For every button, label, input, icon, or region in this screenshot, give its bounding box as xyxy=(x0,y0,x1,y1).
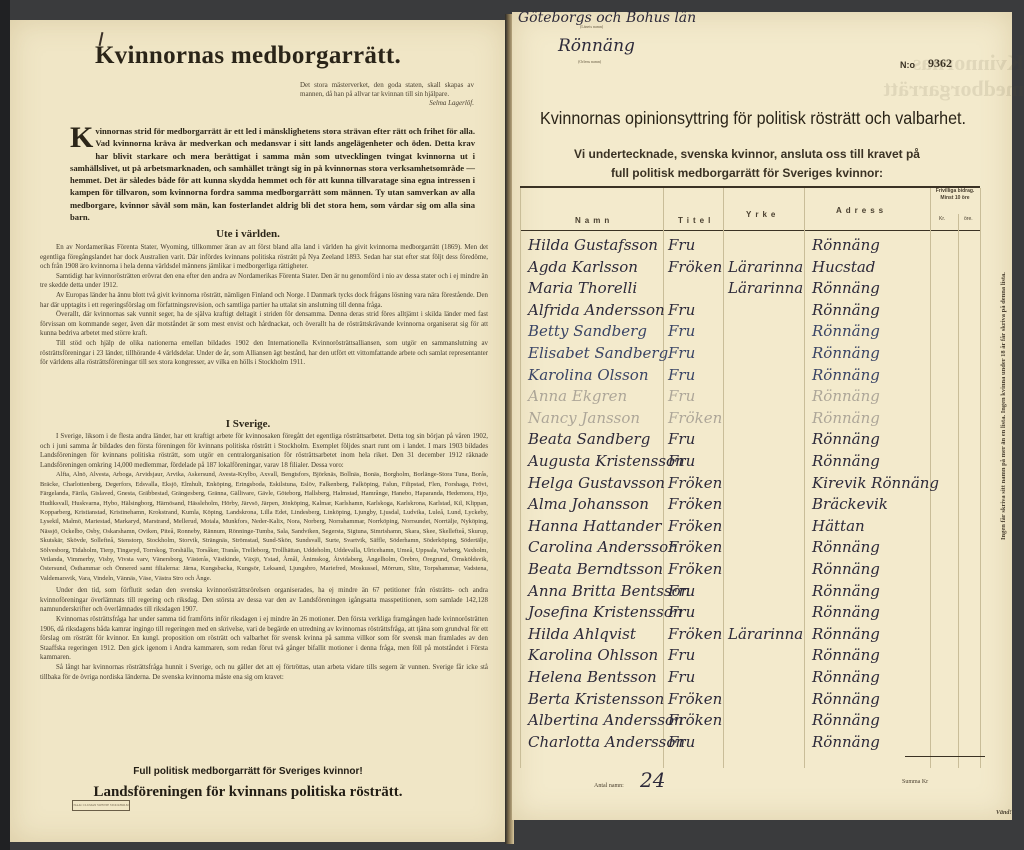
cell-namn: Charlotta Andersson xyxy=(528,733,685,751)
cell-adress: Hättan xyxy=(812,517,865,535)
printer-mark: ISAAC CLUMAN SWENTE STOCKHOLM xyxy=(72,800,130,811)
signature-table: Namn Titel Yrke Adress Frivilliga bidrag… xyxy=(520,188,980,768)
cell-titel: Fröken xyxy=(668,690,722,708)
table-row: Helga GustavssonFrökenKirevik Rönnäng xyxy=(520,474,930,495)
intro-text: vinnornas strid för medborgarrätt är ett… xyxy=(70,126,475,222)
paragraph: En av Nordamerikas Förenta Stater, Wyomi… xyxy=(40,243,488,272)
paragraph: Så långt har kvinnornas rösträttsfråga h… xyxy=(40,663,488,682)
table-row: Karolina OhlssonFruRönnäng xyxy=(520,646,930,667)
cell-titel: Fröken xyxy=(668,711,722,729)
cell-titel: Fru xyxy=(668,668,695,686)
paragraph: Under den tid, som förflutit sedan den s… xyxy=(40,586,488,615)
cell-namn: Hilda Gustafsson xyxy=(528,236,658,254)
cell-namn: Anna Ekgren xyxy=(528,387,627,405)
table-row: Hilda AhlqvistFrökenLärarinnaRönnäng xyxy=(520,625,930,646)
cell-titel: Fru xyxy=(668,733,695,751)
paragraph: Samtidigt har kvinnorösträtten erövrat d… xyxy=(40,272,488,291)
paragraph: I Sverige, liksom i de flesta andra länd… xyxy=(40,432,488,470)
cell-namn: Alma Johansson xyxy=(528,495,649,513)
cell-namn: Beata Sandberg xyxy=(528,430,650,448)
cell-namn: Helena Bentsson xyxy=(528,668,657,686)
epigraph-text: Det stora mästerverket, den goda staten,… xyxy=(300,81,474,98)
cell-namn: Helga Gustavsson xyxy=(528,474,665,492)
cell-adress: Rönnäng xyxy=(812,711,880,729)
header-bidrag: Frivilliga bidrag. Minst 10 öre xyxy=(930,188,980,202)
sum-label: Summa Kr xyxy=(902,779,928,785)
organization-signature: Landsföreningen för kvinnans politiska r… xyxy=(0,784,496,801)
table-row: Beata SandbergFruRönnäng xyxy=(520,430,930,451)
epigraph: Det stora mästerverket, den goda staten,… xyxy=(300,81,474,108)
cell-namn: Josefina Kristensson xyxy=(528,603,683,621)
cell-titel: Fröken xyxy=(668,517,722,535)
count-value: 24 xyxy=(640,768,665,792)
cell-namn: Carolina Andersson xyxy=(528,538,678,556)
cell-adress: Rönnäng xyxy=(812,236,880,254)
table-row: Hilda GustafssonFruRönnäng xyxy=(520,236,930,257)
section-world-body: En av Nordamerikas Förenta Stater, Wyomi… xyxy=(40,243,488,368)
table-row: Anna Britta BentssonFruRönnäng xyxy=(520,582,930,603)
table-row: Albertina AnderssonFrökenRönnäng xyxy=(520,711,930,732)
cell-namn: Alfrida Andersson xyxy=(528,301,665,319)
cell-namn: Karolina Olsson xyxy=(528,366,649,384)
cell-namn: Elisabet Sandberg xyxy=(528,344,668,362)
vertical-rule-note: Ingen får skriva sitt namn på mer än en … xyxy=(1000,272,1007,540)
cell-namn: Nancy Jansson xyxy=(528,409,640,427)
cell-adress: Rönnäng xyxy=(812,301,880,319)
parish-handwritten: Rönnäng xyxy=(558,36,635,56)
cell-namn: Maria Thorelli xyxy=(528,279,637,297)
table-row: Augusta KristenssonFruRönnäng xyxy=(520,452,930,473)
table-row: Josefina KristenssonFruRönnäng xyxy=(520,603,930,624)
table-row: Charlotta AnderssonFruRönnäng xyxy=(520,733,930,754)
cell-adress: Rönnäng xyxy=(812,452,880,470)
cell-titel: Fru xyxy=(668,452,695,470)
table-row: Elisabet SandbergFruRönnäng xyxy=(520,344,930,365)
cell-namn: Berta Kristensson xyxy=(528,690,664,708)
bidrag-minimum: Minst 10 öre xyxy=(930,195,980,202)
form-title: Kvinnornas opinionsyttring för politisk … xyxy=(540,108,966,129)
cell-adress: Rönnäng xyxy=(812,690,880,708)
cell-adress: Kirevik Rönnäng xyxy=(812,474,939,492)
table-row: Beata BerndtssonFrökenRönnäng xyxy=(520,560,930,581)
cell-titel: Fru xyxy=(668,322,695,340)
table-row: Hanna HattanderFrökenHättan xyxy=(520,517,930,538)
header-ore: öre. xyxy=(964,216,973,222)
cell-adress: Rönnäng xyxy=(812,625,880,643)
cell-adress: Rönnäng xyxy=(812,430,880,448)
cell-adress: Rönnäng xyxy=(812,344,880,362)
cell-yrke: Lärarinna xyxy=(728,625,803,643)
count-label: Antal namn: xyxy=(594,783,624,789)
cell-titel: Fröken xyxy=(668,538,722,556)
cell-titel: Fröken xyxy=(668,495,722,513)
paragraph: Till stöd och hjälp de olika nationerna … xyxy=(40,339,488,368)
cell-adress: Rönnäng xyxy=(812,603,880,621)
town-list: Alfta, Alnö, Alvesta, Arboga, Arvidsjaur… xyxy=(40,470,488,583)
cell-adress: Rönnäng xyxy=(812,668,880,686)
column-divider xyxy=(958,214,959,768)
cell-titel: Fru xyxy=(668,430,695,448)
table-row: Alma JohanssonFrökenBräckevik xyxy=(520,495,930,516)
cell-namn: Agda Karlsson xyxy=(528,258,638,276)
cell-adress: Rönnäng xyxy=(812,560,880,578)
cell-namn: Beata Berndtsson xyxy=(528,560,663,578)
intro-paragraph: K vinnornas strid för medborgarrätt är e… xyxy=(70,125,475,223)
cell-namn: Augusta Kristensson xyxy=(528,452,685,470)
cell-titel: Fröken xyxy=(668,409,722,427)
form-subtitle-1: Vi undertecknade, svenska kvinnor, anslu… xyxy=(512,147,982,161)
table-row: Nancy JanssonFrökenRönnäng xyxy=(520,409,930,430)
cell-titel: Fröken xyxy=(668,560,722,578)
cell-adress: Rönnäng xyxy=(812,387,880,405)
table-row: Betty SandbergFruRönnäng xyxy=(520,322,930,343)
cell-namn: Karolina Ohlsson xyxy=(528,646,658,664)
cell-titel: Fru xyxy=(668,646,695,664)
heading-world: Ute i världen. xyxy=(0,228,496,240)
table-row: Berta KristenssonFrökenRönnäng xyxy=(520,690,930,711)
cell-titel: Fru xyxy=(668,387,695,405)
slogan: Full politisk medborgarrätt för Sveriges… xyxy=(0,766,496,777)
county-handwritten: Göteborgs och Bohus län xyxy=(518,10,696,26)
cell-adress: Hucstad xyxy=(812,258,875,276)
left-page-title: Kvinnornas medborgarrätt. xyxy=(0,42,496,70)
header-namn: Namn xyxy=(575,216,613,225)
table-row: Agda KarlssonFrökenLärarinnaHucstad xyxy=(520,258,930,279)
paragraph: Av Europas länder ha ännu blott två givi… xyxy=(40,291,488,310)
section-sweden-body: I Sverige, liksom i de flesta andra länd… xyxy=(40,432,488,682)
turn-page-note: Vänd! xyxy=(996,810,1012,816)
cell-adress: Rönnäng xyxy=(812,733,880,751)
cell-titel: Fru xyxy=(668,603,695,621)
cell-adress: Rönnäng xyxy=(812,279,880,297)
bleed-through-text: Kvinnornas medborgarrätt xyxy=(770,50,1024,102)
header-titel: Titel xyxy=(678,216,714,225)
summa-line xyxy=(905,756,985,757)
cell-namn: Hilda Ahlqvist xyxy=(528,625,636,643)
cell-namn: Anna Britta Bentsson xyxy=(528,582,690,600)
header-yrke: Yrke xyxy=(746,210,779,219)
drop-cap: K xyxy=(70,126,93,150)
cell-titel: Fru xyxy=(668,301,695,319)
table-row: Karolina OlssonFruRönnäng xyxy=(520,366,930,387)
form-subtitle-2: full politisk medborgarrätt för Sveriges… xyxy=(512,166,982,180)
table-row: Anna EkgrenFruRönnäng xyxy=(520,387,930,408)
cell-titel: Fru xyxy=(668,236,695,254)
cell-yrke: Lärarinna xyxy=(728,279,803,297)
cell-namn: Albertina Andersson xyxy=(528,711,684,729)
cell-yrke: Lärarinna xyxy=(728,258,803,276)
header-kr: Kr. xyxy=(939,216,945,222)
cell-adress: Rönnäng xyxy=(812,538,880,556)
column-divider xyxy=(980,188,981,768)
county-caption: (Länets namn) xyxy=(580,24,603,29)
table-row: Carolina AnderssonFrökenRönnäng xyxy=(520,538,930,559)
cell-namn: Betty Sandberg xyxy=(528,322,647,340)
table-row: Helena BentssonFruRönnäng xyxy=(520,668,930,689)
epigraph-author: Selma Lagerlöf. xyxy=(300,99,474,108)
cell-titel: Fröken xyxy=(668,258,722,276)
cell-adress: Bräckevik xyxy=(812,495,888,513)
paragraph: Kvinnornas rösträttsfråga har under samm… xyxy=(40,615,488,663)
cell-adress: Rönnäng xyxy=(812,322,880,340)
number-label: N:o xyxy=(900,60,915,70)
cell-titel: Fru xyxy=(668,582,695,600)
bidrag-label: Frivilliga bidrag. xyxy=(930,188,980,195)
cell-namn: Hanna Hattander xyxy=(528,517,661,535)
cell-adress: Rönnäng xyxy=(812,366,880,384)
parish-caption: (Orlens namn) xyxy=(578,59,601,64)
cell-titel: Fröken xyxy=(668,474,722,492)
cell-adress: Rönnäng xyxy=(812,646,880,664)
cell-adress: Rönnäng xyxy=(812,582,880,600)
cell-titel: Fru xyxy=(668,366,695,384)
form-number: 9362 xyxy=(928,56,952,71)
table-row: Alfrida AnderssonFruRönnäng xyxy=(520,301,930,322)
cell-adress: Rönnäng xyxy=(812,409,880,427)
table-row: Maria ThorelliLärarinnaRönnäng xyxy=(520,279,930,300)
cell-titel: Fröken xyxy=(668,625,722,643)
cell-titel: Fru xyxy=(668,344,695,362)
heading-sweden: I Sverige. xyxy=(0,418,496,430)
paragraph: Överallt, där kvinnornas sak vunnit sege… xyxy=(40,310,488,339)
header-adress: Adress xyxy=(836,206,887,215)
